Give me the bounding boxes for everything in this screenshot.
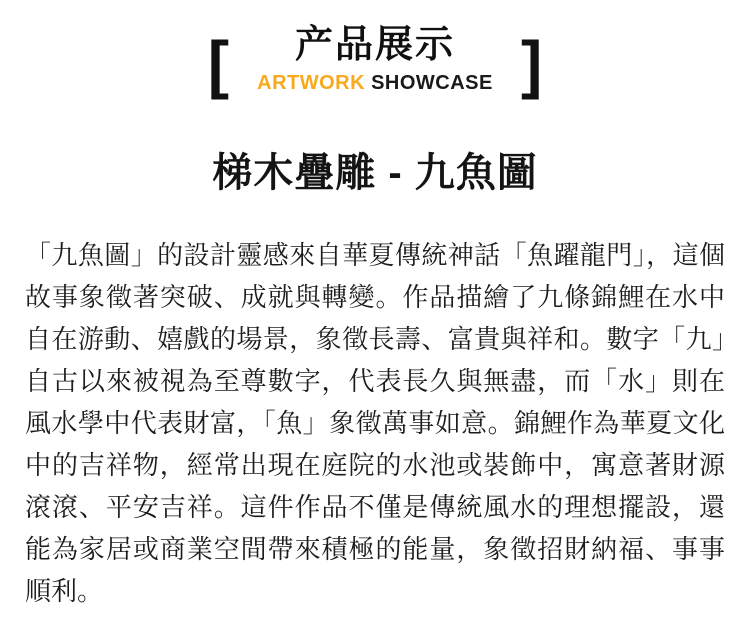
showcase-header: [ 产品展示 ARTWORKSHOWCASE ] (0, 0, 750, 95)
header-subtitle-english: ARTWORKSHOWCASE (229, 72, 521, 95)
product-description: 「九魚圖」的設計靈感來自華夏傳統神話「魚躍龍門」，這個故事象徵著突破、成就與轉變… (25, 234, 725, 612)
subtitle-artwork-label: ARTWORK (257, 72, 365, 94)
subtitle-showcase-label: SHOWCASE (371, 72, 493, 94)
product-showcase-page: [ 产品展示 ARTWORKSHOWCASE ] 梯木疊雕 - 九魚圖 「九魚圖… (0, 0, 750, 638)
left-bracket-decoration: [ (208, 39, 229, 90)
product-title: 梯木疊雕 - 九魚圖 (0, 141, 750, 198)
right-bracket-decoration: ] (521, 39, 542, 90)
header-center: 产品展示 ARTWORKSHOWCASE (229, 24, 521, 95)
header-title-chinese: 产品展示 (229, 24, 521, 68)
